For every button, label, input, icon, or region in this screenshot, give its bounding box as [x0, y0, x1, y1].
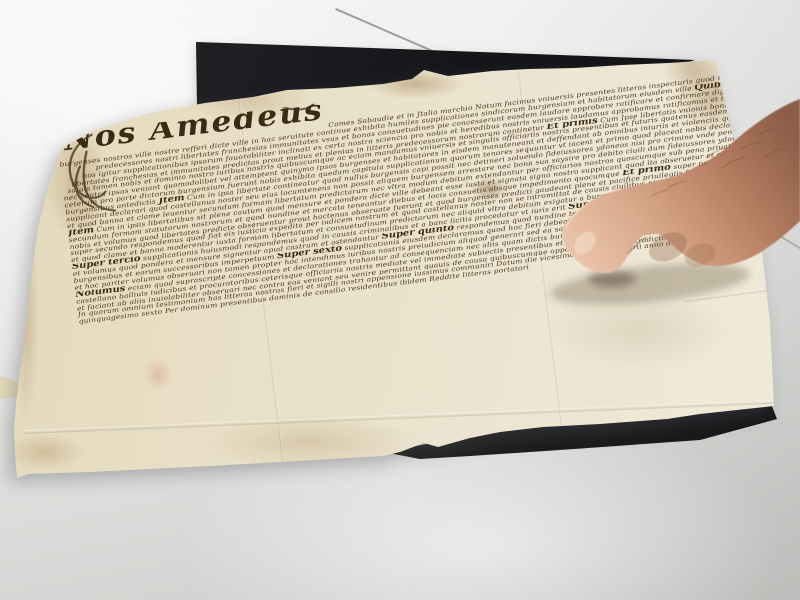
pointing-hand: [0, 0, 800, 600]
photo-of-parchment-on-table: Nos Amedeus Comes Sabaudie et in Jtalia …: [0, 0, 800, 600]
